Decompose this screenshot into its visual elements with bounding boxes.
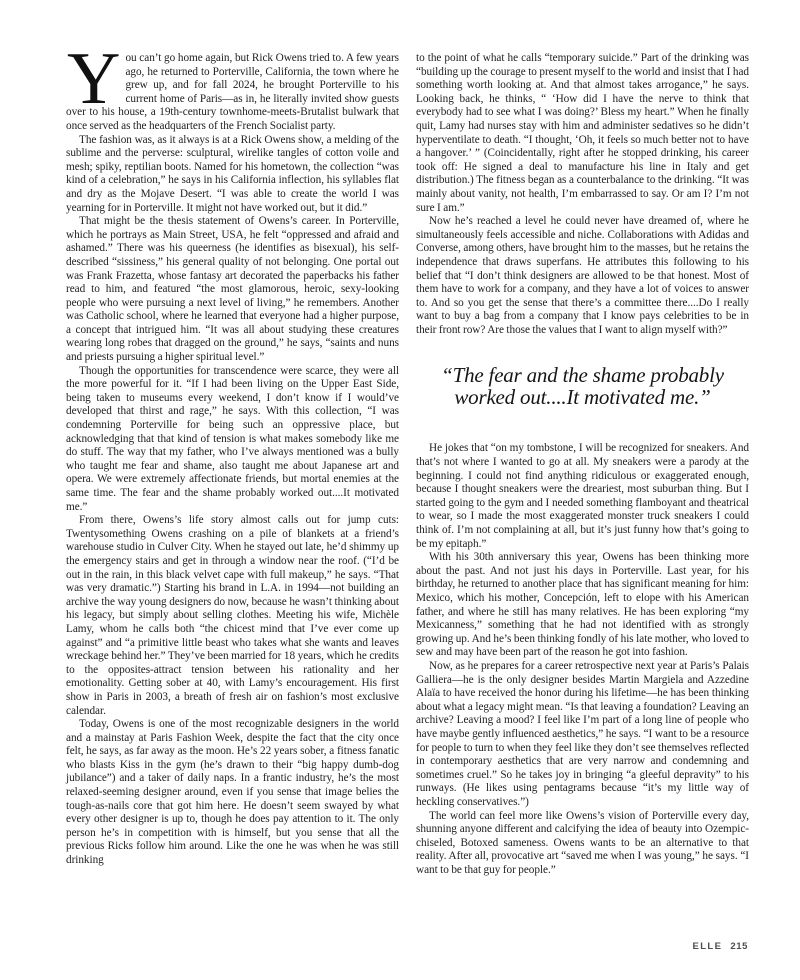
paragraph-tombstone: He jokes that “on my tombstone, I will b… [416,442,749,551]
magazine-page: You can’t go home again, but Rick Owens … [0,0,800,980]
pull-quote: “The fear and the shame probably worked … [418,364,747,408]
paragraph-closing: The world can feel more like Owens’s vis… [416,810,749,878]
left-column: You can’t go home again, but Rick Owens … [66,52,399,877]
drop-cap: Y [66,52,125,106]
article-body: You can’t go home again, but Rick Owens … [66,52,749,877]
pull-quote-line-1: “The fear and the shame probably [441,363,724,387]
right-column: to the point of what he calls “temporary… [416,52,749,877]
paragraph-transcendence: Though the opportunities for transcenden… [66,365,399,515]
paragraph-life-story: From there, Owens’s life story almost ca… [66,514,399,718]
paragraph-anniversary: With his 30th anniversary this year, Owe… [416,551,749,660]
paragraph-level-reached: Now he’s reached a level he could never … [416,215,749,337]
paragraph-retrospective: Now, as he prepares for a career retrosp… [416,660,749,810]
paragraph-drinking-continued: to the point of what he calls “temporary… [416,52,749,215]
opening-paragraph: You can’t go home again, but Rick Owens … [66,52,399,134]
paragraph-thesis: That might be the thesis statement of Ow… [66,215,399,365]
paragraph-today: Today, Owens is one of the most recogniz… [66,718,399,868]
pull-quote-line-2: worked out....It motivated me.” [454,385,710,409]
page-footer: ELLE 215 [692,941,748,952]
magazine-brand: ELLE [692,941,722,952]
page-number: 215 [730,941,748,952]
paragraph-fashion: The fashion was, as it always is at a Ri… [66,134,399,216]
